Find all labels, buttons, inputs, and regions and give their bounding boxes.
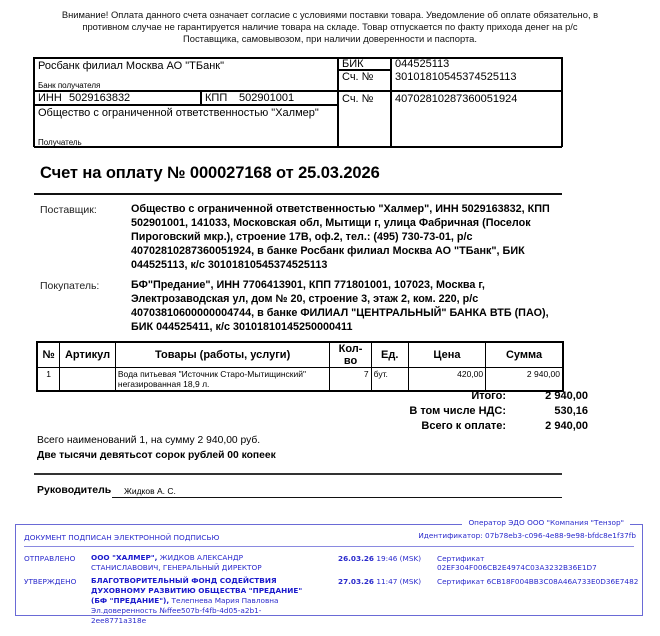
edo-power-of-attorney: Эл.доверенность №ffee507b-f4fb-4d05-a2b1… [91,606,261,625]
summary: Всего наименований 1, на сумму 2 940,00 … [37,433,276,463]
col-goods: Товары (работы, услуги) [115,342,330,368]
edo-status-approved: УТВЕРЖДЕНО [24,577,76,586]
edo-signature-stamp: Оператор ЭДО ООО "Компания "Тензор" Иден… [15,524,643,616]
goods-table: № Артикул Товары (работы, услуги) Кол-во… [36,341,564,392]
row-goods-name: Вода питьевая "Источник Старо-Мытищински… [115,368,330,392]
bank-name-cell: Росбанк филиал Москва АО "ТБанк" Банк по… [34,58,338,91]
edo-header: ДОКУМЕНТ ПОДПИСАН ЭЛЕКТРОННОЙ ПОДПИСЬЮ [24,533,219,542]
corr-account-label: Сч. № [342,71,373,83]
bik-label-cell: БИК [338,58,391,70]
supplier-label: Поставщик: [40,204,97,216]
edo-operator: Оператор ЭДО ООО "Компания "Тензор" [462,518,630,527]
edo-status-sent: ОТПРАВЛЕНО [24,554,75,563]
items-count-line: Всего наименований 1, на сумму 2 940,00 … [37,433,276,448]
inn-value: 5029163832 [69,92,130,104]
title-divider [34,193,562,195]
edo-sender-certificate: Сертификат 02EF304F006CB2E4974C03A3232B3… [437,554,642,572]
payment-notice: Внимание! Оплата данного счета означает … [60,9,600,45]
edo-approved-time: 11:47 (MSK) [374,577,421,586]
row-qty: 7 [330,368,371,392]
col-qty: Кол-во [330,342,371,368]
recipient-label: Получатель [38,138,82,147]
account-value: 40702810287360051924 [395,93,517,105]
buyer-details: БФ"Предание", ИНН 7706413901, КПП 771801… [131,278,556,334]
bank-label: Банк получателя [38,81,100,90]
due-label: Всего к оплате: [421,419,506,434]
col-unit: Ед. [371,342,408,368]
bik-value-cell: 044525113 30101810545374525113 [391,58,562,91]
vat-row: В том числе НДС: 530,16 [409,404,588,419]
inn-cell: ИНН 5029163832 [34,91,201,105]
edo-sent-time: 19:46 (MSK) [374,554,421,563]
col-article: Артикул [60,342,116,368]
col-number: № [37,342,60,368]
row-sum: 2 940,00 [486,368,563,392]
table-row: 1 Вода питьевая "Источник Старо-Мытищинс… [37,368,563,392]
edo-divider [24,546,634,547]
edo-sent-date: 26.03.26 [338,554,374,563]
row-price: 420,00 [408,368,485,392]
invoice-title: Счет на оплату № 000027168 от 25.03.2026 [40,164,380,183]
buyer-label: Покупатель: [40,280,99,292]
recipient-cell: Общество с ограниченной ответственностью… [34,105,338,148]
due-value: 2 940,00 [506,419,588,434]
bank-name: Росбанк филиал Москва АО "ТБанк" [38,60,224,72]
edo-identifier: Идентификатор: 07b78eb3-c096-4e88-9e98-b… [418,531,636,540]
bank-details-table: Росбанк филиал Москва АО "ТБанк" Банк по… [33,57,563,147]
edo-sent-datetime: 26.03.26 19:46 (MSK) [338,554,421,563]
recipient-name: Общество с ограниченной ответственностью… [38,107,319,119]
total-label: Итого: [471,389,506,404]
kpp-label: КПП [205,92,227,104]
totals-block: Итого: 2 940,00 В том числе НДС: 530,16 … [409,389,588,434]
row-unit: бут. [371,368,408,392]
edo-approver: БЛАГОТВОРИТЕЛЬНЫЙ ФОНД СОДЕЙСТВИЯ ДУХОВН… [91,576,306,626]
edo-approver-person: Телепнева Мария Павловна [169,596,278,605]
col-sum: Сумма [486,342,563,368]
edo-approved-date: 27.03.26 [338,577,374,586]
edo-approver-certificate: Сертификат 6CB18F004BB3C08A46A733E0D36E7… [437,577,638,586]
kpp-cell: КПП 502901001 [201,91,338,105]
signature-divider [34,473,562,475]
col-price: Цена [408,342,485,368]
goods-header-row: № Артикул Товары (работы, услуги) Кол-во… [37,342,563,368]
account-label-cell: Сч. № [338,91,391,148]
inn-label: ИНН [38,92,62,104]
signer-name: Жидков А. С. [112,486,562,498]
due-row: Всего к оплате: 2 940,00 [409,419,588,434]
bik-value: 044525113 [395,58,449,70]
row-article [60,368,116,392]
supplier-details: Общество с ограниченной ответственностью… [131,202,556,272]
signer-label: Руководитель [37,484,111,496]
edo-sender: ООО "ХАЛМЕР", ЖИДКОВ АЛЕКСАНДР СТАНИСЛАВ… [91,553,306,573]
corr-label-cell: Сч. № [338,70,391,91]
total-value: 2 940,00 [506,389,588,404]
bik-label: БИК [342,58,364,70]
account-value-cell: 40702810287360051924 [391,91,562,148]
kpp-value: 502901001 [239,92,294,104]
row-number: 1 [37,368,60,392]
vat-value: 530,16 [506,404,588,419]
account-label: Сч. № [342,93,373,105]
edo-approved-datetime: 27.03.26 11:47 (MSK) [338,577,421,586]
amount-in-words: Две тысячи девятьсот сорок рублей 00 коп… [37,448,276,463]
vat-label: В том числе НДС: [409,404,506,419]
edo-sender-org: ООО "ХАЛМЕР", [91,553,157,562]
total-row: Итого: 2 940,00 [409,389,588,404]
corr-account-value: 30101810545374525113 [395,71,517,83]
